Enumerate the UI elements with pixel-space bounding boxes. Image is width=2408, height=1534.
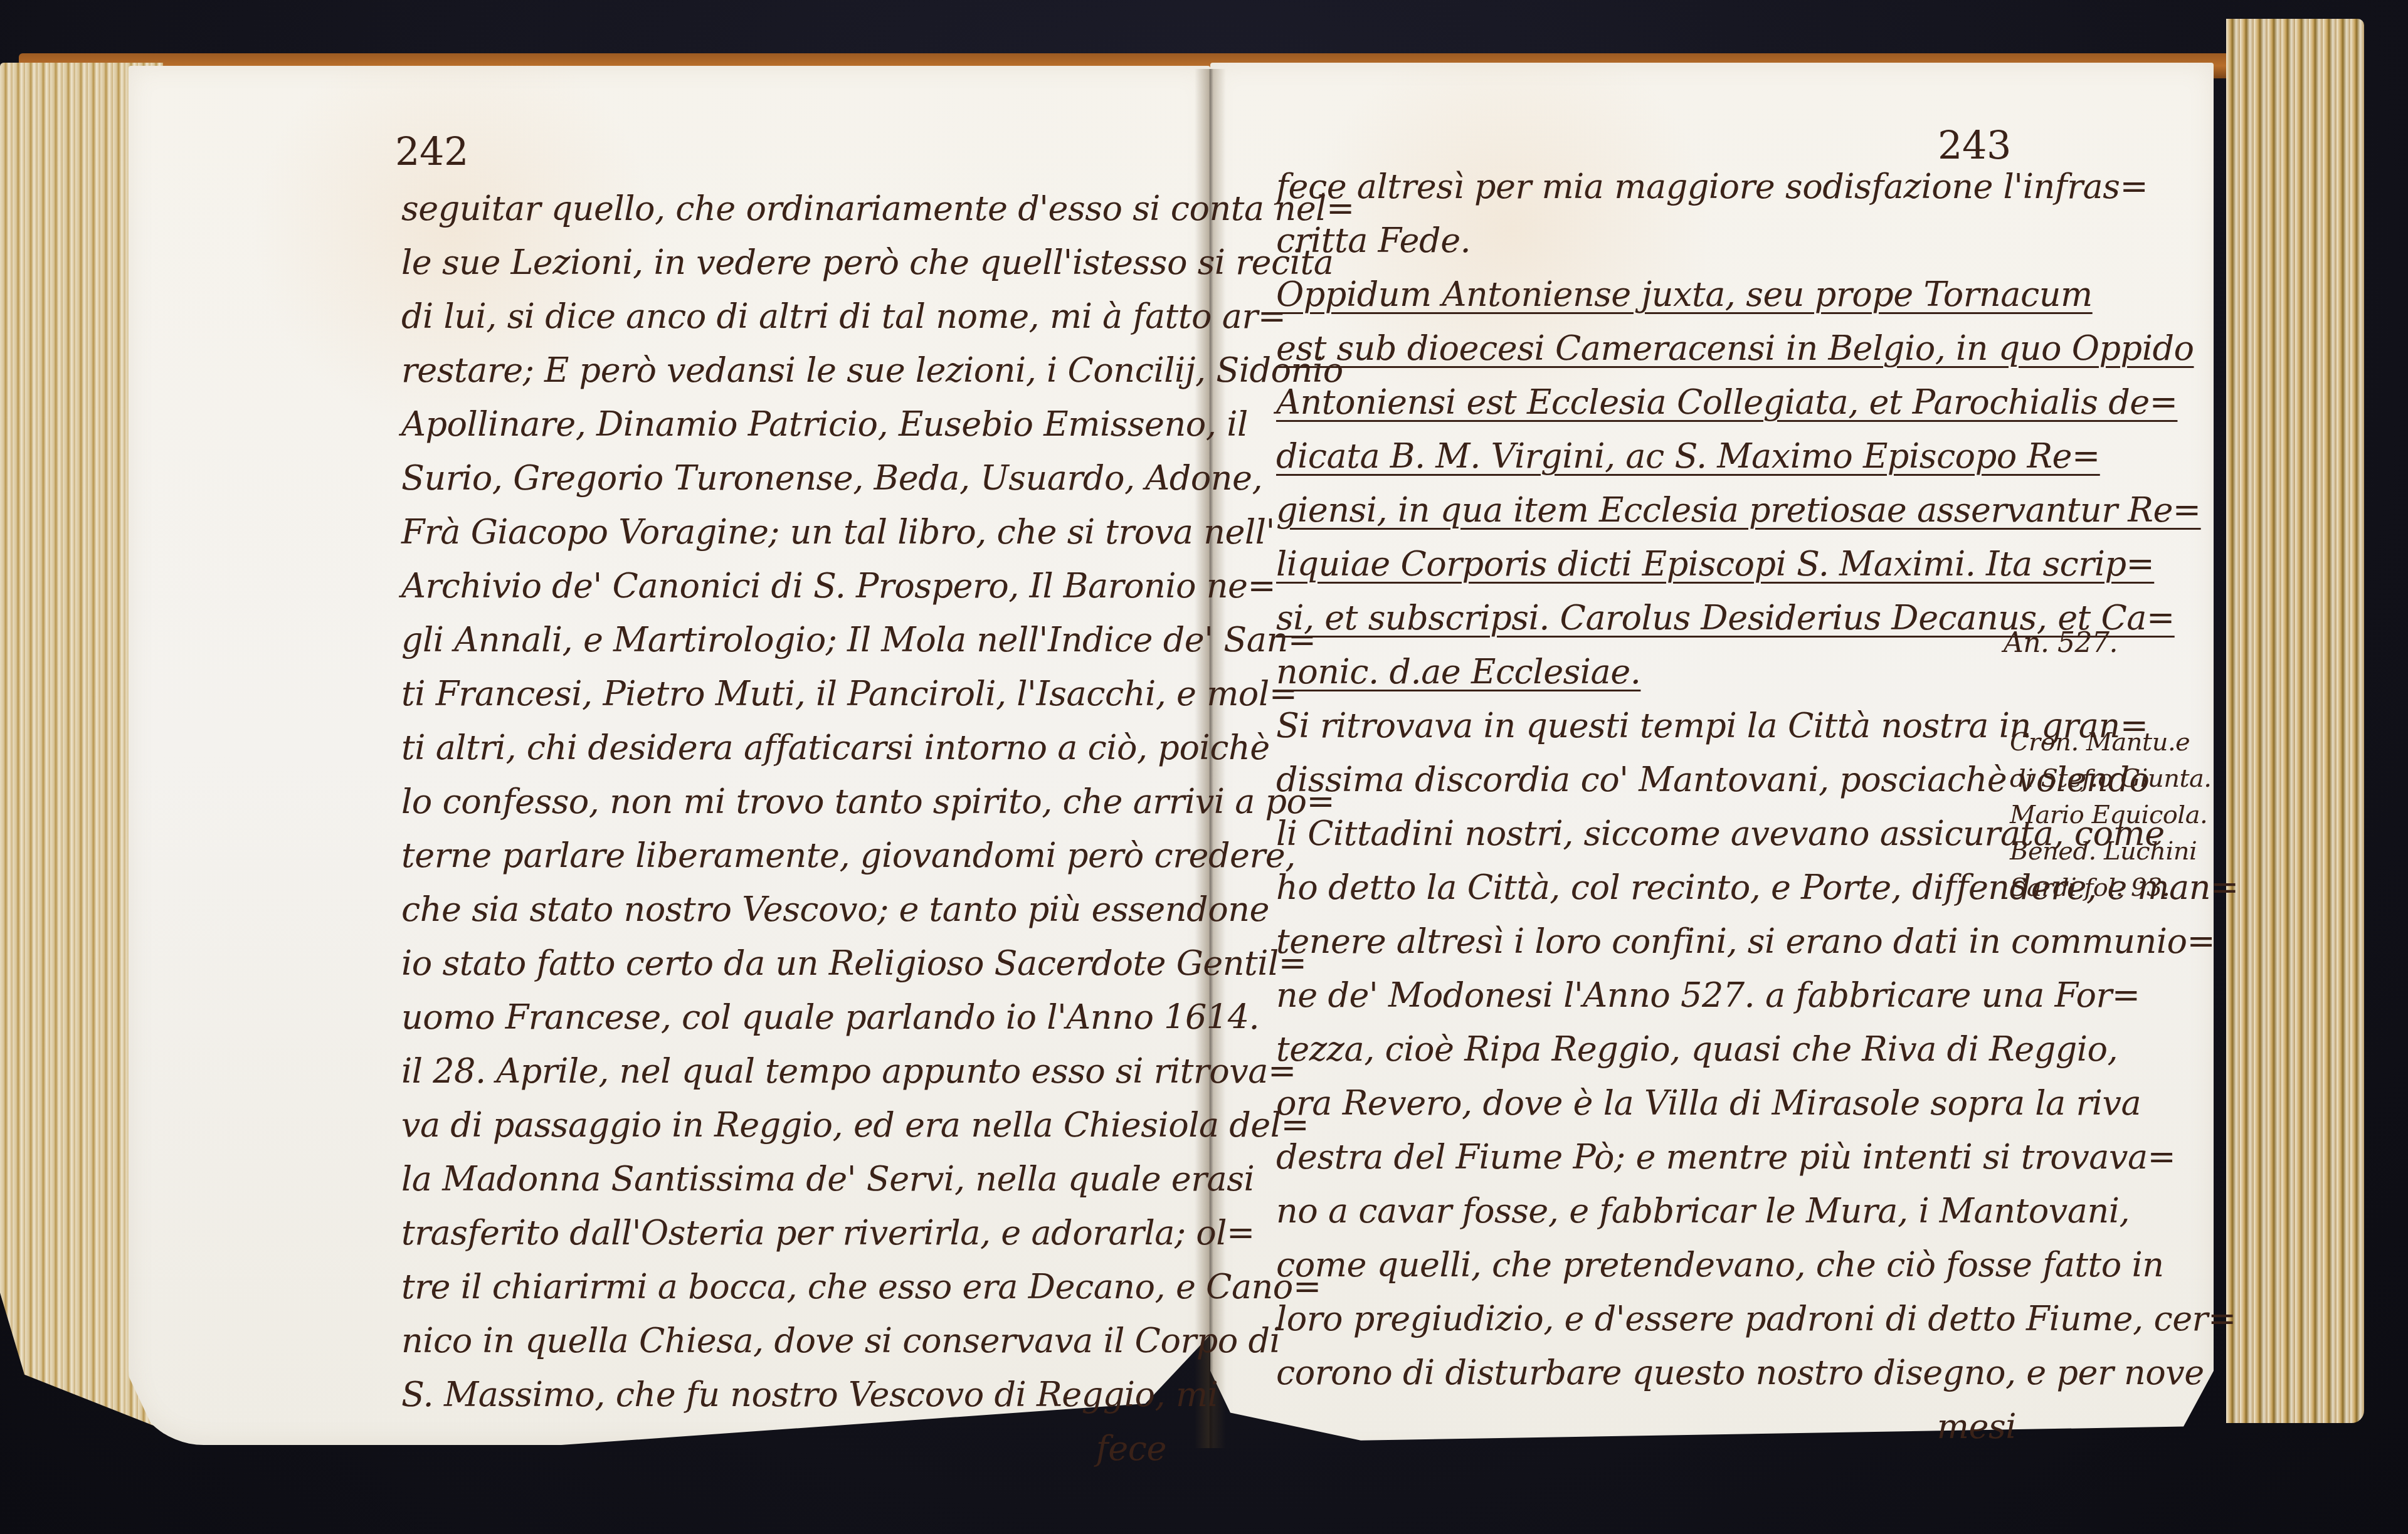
catchword: fece [401,1422,1166,1476]
text-line: lo confesso, non mi trovo tanto spirito,… [401,775,1166,829]
citation-line: Sardi fol. 93. [2010,869,2223,906]
latin-attestation-line: Antoniensi est Ecclesia Collegiata, et P… [1276,376,2016,429]
citation-line: Bened. Luchini [2010,833,2223,869]
text-line: fece altresì per mia maggiore sodisfazio… [1276,160,2016,214]
text-line: ho detto la Città, col recinto, e Porte,… [1276,861,2016,915]
text-line: li Cittadini nostri, siccome avevano ass… [1276,807,2016,861]
text-line: trasferito dall'Osteria per riverirla, e… [401,1206,1166,1260]
citation-line: di Stef.o Giunta. [2010,760,2223,797]
text-line: critta Fede. [1276,214,2016,268]
citation-line: Cron. Mantu.e [2010,724,2223,760]
text-line: ti Francesi, Pietro Muti, il Panciroli, … [401,667,1166,721]
text-line: uomo Francese, col quale parlando io l'A… [401,990,1166,1044]
text-line: seguitar quello, che ordinariamente d'es… [401,182,1166,236]
text-line: corono di disturbare questo nostro diseg… [1276,1346,2016,1400]
text-line: nico in quella Chiesa, dove si conservav… [401,1314,1166,1368]
latin-attestation-line: nonic. d.ae Ecclesiae. [1276,645,2016,699]
latin-attestation-line: est sub dioecesi Cameracensi in Belgio, … [1276,322,2016,376]
text-line: loro pregiudizio, e d'essere padroni di … [1276,1292,2016,1346]
text-line: di lui, si dice anco di altri di tal nom… [401,290,1166,344]
text-line: no a cavar fosse, e fabbricar le Mura, i… [1276,1184,2016,1238]
text-line: destra del Fiume Pò; e mentre più intent… [1276,1130,2016,1184]
margin-note-year: An. 527. [2004,627,2118,659]
text-line: terne parlare liberamente, giovandomi pe… [401,829,1166,883]
text-line: Frà Giacopo Voragine; un tal libro, che … [401,505,1166,559]
text-line: dissima discordia co' Mantovani, posciac… [1276,753,2016,807]
text-line: il 28. Aprile, nel qual tempo appunto es… [401,1044,1166,1098]
text-line: restare; E però vedansi le sue lezioni, … [401,344,1166,397]
text-line: Surio, Gregorio Turonense, Beda, Usuardo… [401,451,1166,505]
text-line: le sue Lezioni, in vedere però che quell… [401,236,1166,290]
text-line: ti altri, chi desidera affaticarsi intor… [401,721,1166,775]
open-book: 242 seguitar quello, che ordinariamente … [0,0,2408,1534]
text-line: Apollinare, Dinamio Patricio, Eusebio Em… [401,397,1166,451]
catchword: mesi [1276,1400,2016,1454]
text-line: tre il chiarirmi a bocca, che esso era D… [401,1260,1166,1314]
text-line: S. Massimo, che fu nostro Vescovo di Reg… [401,1368,1166,1422]
right-page-edges [2226,19,2364,1423]
text-line: ora Revero, dove è la Villa di Mirasole … [1276,1076,2016,1130]
left-page-text: seguitar quello, che ordinariamente d'es… [401,182,1166,1476]
text-line: tenere altresì i loro confini, si erano … [1276,915,2016,969]
page-number-left: 242 [395,129,468,174]
text-line: ne de' Modonesi l'Anno 527. a fabbricare… [1276,969,2016,1022]
text-line: Archivio de' Canonici di S. Prospero, Il… [401,559,1166,613]
text-line: io stato fatto certo da un Religioso Sac… [401,937,1166,990]
citation-line: Mario Equicola. [2010,797,2223,833]
latin-attestation-line: liquiae Corporis dicti Episcopi S. Maxim… [1276,537,2016,591]
text-line: va di passaggio in Reggio, ed era nella … [401,1098,1166,1152]
latin-attestation-line: giensi, in qua item Ecclesia pretiosae a… [1276,483,2016,537]
right-page-text: fece altresì per mia maggiore sodisfazio… [1276,160,2016,1454]
text-line: Si ritrovava in questi tempi la Città no… [1276,699,2016,753]
latin-attestation-line: si, et subscripsi. Carolus Desiderius De… [1276,591,2016,645]
margin-note-citation: Cron. Mantu.e di Stef.o Giunta. Mario Eq… [2010,724,2223,906]
latin-attestation-line: dicata B. M. Virgini, ac S. Maximo Episc… [1276,429,2016,483]
text-line: tezza, cioè Ripa Reggio, quasi che Riva … [1276,1022,2016,1076]
text-line: che sia stato nostro Vescovo; e tanto pi… [401,883,1166,937]
latin-attestation-line: Oppidum Antoniense juxta, seu prope Torn… [1276,268,2016,322]
text-line: gli Annali, e Martirologio; Il Mola nell… [401,613,1166,667]
text-line: la Madonna Santissima de' Servi, nella q… [401,1152,1166,1206]
text-line: come quelli, che pretendevano, che ciò f… [1276,1238,2016,1292]
